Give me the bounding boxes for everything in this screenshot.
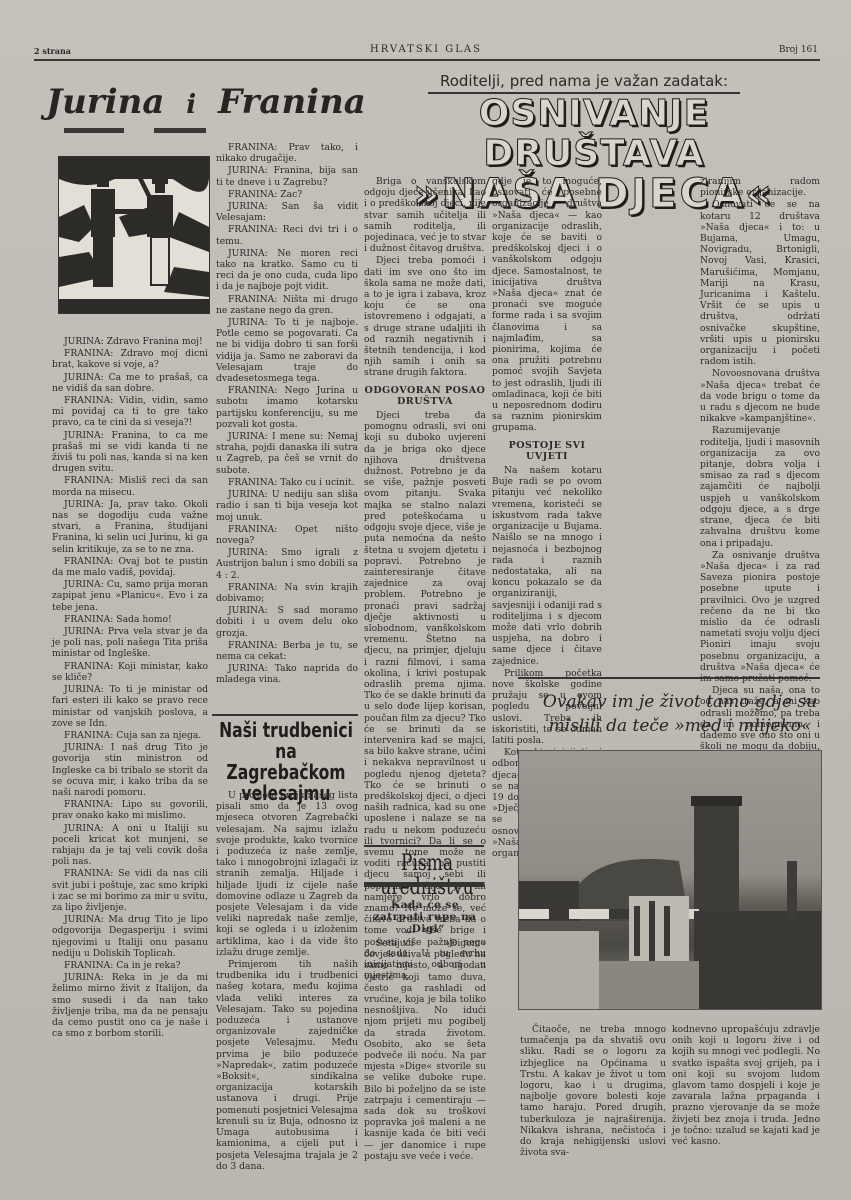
header-rule xyxy=(34,59,820,61)
refugee-camp-photo xyxy=(518,750,822,1010)
dialogue-line: JURINA: Reka in je da mi želimo mirno ži… xyxy=(52,972,208,1039)
woodcut-illustration xyxy=(58,156,210,314)
section-bar xyxy=(364,882,484,887)
dialogue-line: JURINA: I mene su: Nemaj straha, pojdi d… xyxy=(216,431,358,476)
title-franina: Franina xyxy=(218,82,366,122)
subheading-postoje-svi-uvjeti: POSTOJE SVI UVJETI xyxy=(492,440,602,462)
title-underline xyxy=(64,128,124,133)
issue-number: Broj 161 xyxy=(779,45,818,55)
article-paragraph: Osnovati će se na kotaru 12 društava »Na… xyxy=(700,199,820,367)
dialogue-line: JURINA: Smo igrali z Austrijon balun i s… xyxy=(216,547,358,581)
article-paragraph: Za osnivanje društva »Naša djeca« i za r… xyxy=(700,550,820,684)
dialogue-line: FRANINA: Ca in je reka? xyxy=(52,960,208,971)
caption-paragraph: kodnevno upropašćuju zdravlje onih koji … xyxy=(672,1024,820,1147)
dialogue-line: JURINA: Ca me to prašaš, ca ne vidiš da … xyxy=(52,372,208,394)
title-conjunction: i xyxy=(186,90,196,120)
dialogue-line: FRANINA: Tako cu i ucinit. xyxy=(216,477,358,488)
dialogue-line: JURINA: Franina, to ca me prašaš mi se v… xyxy=(52,430,208,475)
article-paragraph: ziranijim radom pionirske organizacije. xyxy=(700,176,820,198)
article-paragraph: Šetajući »Digom« čovjek uživa u pogledu … xyxy=(364,938,486,1162)
page-header: 2 strana HRVATSKI GLAS Broj 161 xyxy=(34,44,818,58)
dialogue-line: FRANINA: Vidin, vidin, samo mi povidaj c… xyxy=(52,395,208,429)
dialogue-line: JURINA: S sad moramo dobiti i u ovem del… xyxy=(216,605,358,639)
section-divider xyxy=(212,714,358,716)
dialogue-line: JURINA: Cu, samo prija moran zapipat jen… xyxy=(52,579,208,613)
dialogue-line: FRANINA: Koji ministar, kako se kliče? xyxy=(52,661,208,683)
dialogue-line: FRANINA: Sada homo! xyxy=(52,614,208,625)
newspaper-page: 2 strana HRVATSKI GLAS Broj 161 Jurina i… xyxy=(0,0,851,1200)
subheading-odgovoran-posao: ODGOVORAN POSAO DRUŠTVA xyxy=(364,385,486,407)
dialogue-line: FRANINA: Reci dvi tri i o temu. xyxy=(216,224,358,246)
dialogue-column-1: JURINA: Zdravo Franina moj! FRANINA: Zdr… xyxy=(52,336,208,1040)
column-title-jurina-franina: Jurina i Franina xyxy=(46,82,211,142)
dialogue-line: FRANINA: Misliš reci da san morda na mis… xyxy=(52,475,208,497)
dialogue-line: JURINA: Ne moren reci tako na kratko. Sa… xyxy=(216,248,358,293)
dialogue-line: FRANINA: Cuja san za njega. xyxy=(52,730,208,741)
section-divider xyxy=(518,677,820,679)
article-paragraph: Primjerom tih naših trudbenika idu i tru… xyxy=(216,959,358,1172)
dialogue-line: FRANINA: Lipo su govorili, prav onako ka… xyxy=(52,799,208,821)
dialogue-line: FRANINA: Se vidi da nas cili svit jubi i… xyxy=(52,868,208,913)
article-paragraph: Djeci treba pomoći i dati im sve ono što… xyxy=(364,255,486,378)
dialogue-line: JURINA: I naš drug Tito je govorija stin… xyxy=(52,742,208,798)
dialogue-line: FRANINA: Nego Jurina u subotu imamo kota… xyxy=(216,385,358,430)
dialogue-line: JURINA: A oni u Italiji su poceli kricat… xyxy=(52,823,208,868)
dialogue-line: JURINA: San ša vidit Velesajam: xyxy=(216,201,358,223)
dialogue-line: JURINA: Tako naprida do mladega vina. xyxy=(216,663,358,685)
dialogue-line: FRANINA: Ništa mi drugo ne zastane nego … xyxy=(216,294,358,316)
dialogue-line: JURINA: Prva vela stvar je da je poli na… xyxy=(52,626,208,660)
headline-line-1: OSNIVANJE DRUŠTAVA xyxy=(366,94,822,174)
dialogue-line: FRANINA: Prav tako, i nikako drugačije. xyxy=(216,142,358,164)
dialogue-column-2: FRANINA: Prav tako, i nikako drugačije. … xyxy=(216,142,358,687)
letter-headline: Kada će se zatrpati rupe na „Digi“ xyxy=(364,899,486,935)
caption-paragraph: Čitaoče, ne treba mnogo tumačenja pa da … xyxy=(520,1024,666,1158)
article-paragraph: Na našem kotaru Buje radi se po ovom pit… xyxy=(492,465,602,667)
dialogue-line: JURINA: To ti je najboje. Potle cemo se … xyxy=(216,317,358,384)
two-men-talking-icon xyxy=(59,157,209,313)
dialogue-line: FRANINA: Ovaj bot te pustin da me malo v… xyxy=(52,556,208,578)
photo-headline-line-2: mislili da teče »med i mlijeko« xyxy=(530,714,830,738)
photo-caption-column-2: kodnevno upropašćuju zdravlje onih koji … xyxy=(672,1024,820,1148)
letters-article: Kada će se zatrpati rupe na „Digi“ Šetaj… xyxy=(364,893,486,1163)
article-paragraph: Novoosnovana društva »Naša djeca« trebat… xyxy=(700,368,820,424)
trudbenici-article: U prošlom broju našeg lista pisali smo d… xyxy=(216,790,358,1173)
title-jurina: Jurina xyxy=(46,82,164,122)
camp-buildings-icon xyxy=(519,751,821,1009)
photo-headline-line-1: Ovakav im je život tamo gdje su xyxy=(530,690,830,714)
dialogue-line: JURINA: Franina, bija san ti te dneve i … xyxy=(216,165,358,187)
photo-caption-column-1: Čitaoče, ne treba mnogo tumačenja pa da … xyxy=(520,1024,666,1159)
article-kicker: Roditelji, pred nama je važan zadatak: xyxy=(428,72,740,94)
dialogue-line: FRANINA: Opet ništo novega? xyxy=(216,524,358,546)
dialogue-line: JURINA: Ma drug Tito je lipo odgovorija … xyxy=(52,914,208,959)
dialogue-line: FRANINA: Na svin krajih dobivamo; xyxy=(216,582,358,604)
article-paragraph: U prošlom broju našeg lista pisali smo d… xyxy=(216,790,358,958)
article-paragraph: Briga o vanškolskom odgoju djece-učenika… xyxy=(364,176,486,254)
dialogue-line: JURINA: Ja, prav tako. Okoli nas se dogo… xyxy=(52,499,208,555)
newspaper-title: HRVATSKI GLAS xyxy=(34,44,818,55)
dialogue-line: JURINA: Zdravo Franina moj! xyxy=(52,336,208,347)
dialogue-line: FRANINA: Berba je tu, se nema ca cekat: xyxy=(216,640,358,662)
dialogue-line: FRANINA: Zac? xyxy=(216,189,358,200)
title-underline xyxy=(154,128,206,133)
article-paragraph: Razumijevanje roditelja, ljudi i masovni… xyxy=(700,425,820,548)
section-divider xyxy=(364,845,484,847)
dialogue-line: JURINA: U nediju san slišа radio i san t… xyxy=(216,489,358,523)
dialogue-line: FRANINA: Zdravo moj dicni brat, kakove s… xyxy=(52,348,208,370)
article-paragraph: gdje je to moguće, osnovati će posebne o… xyxy=(492,176,602,434)
photo-headline: Ovakav im je život tamo gdje su mislili … xyxy=(530,690,830,738)
dialogue-line: JURINA: To ti je ministar od fari esteri… xyxy=(52,684,208,729)
